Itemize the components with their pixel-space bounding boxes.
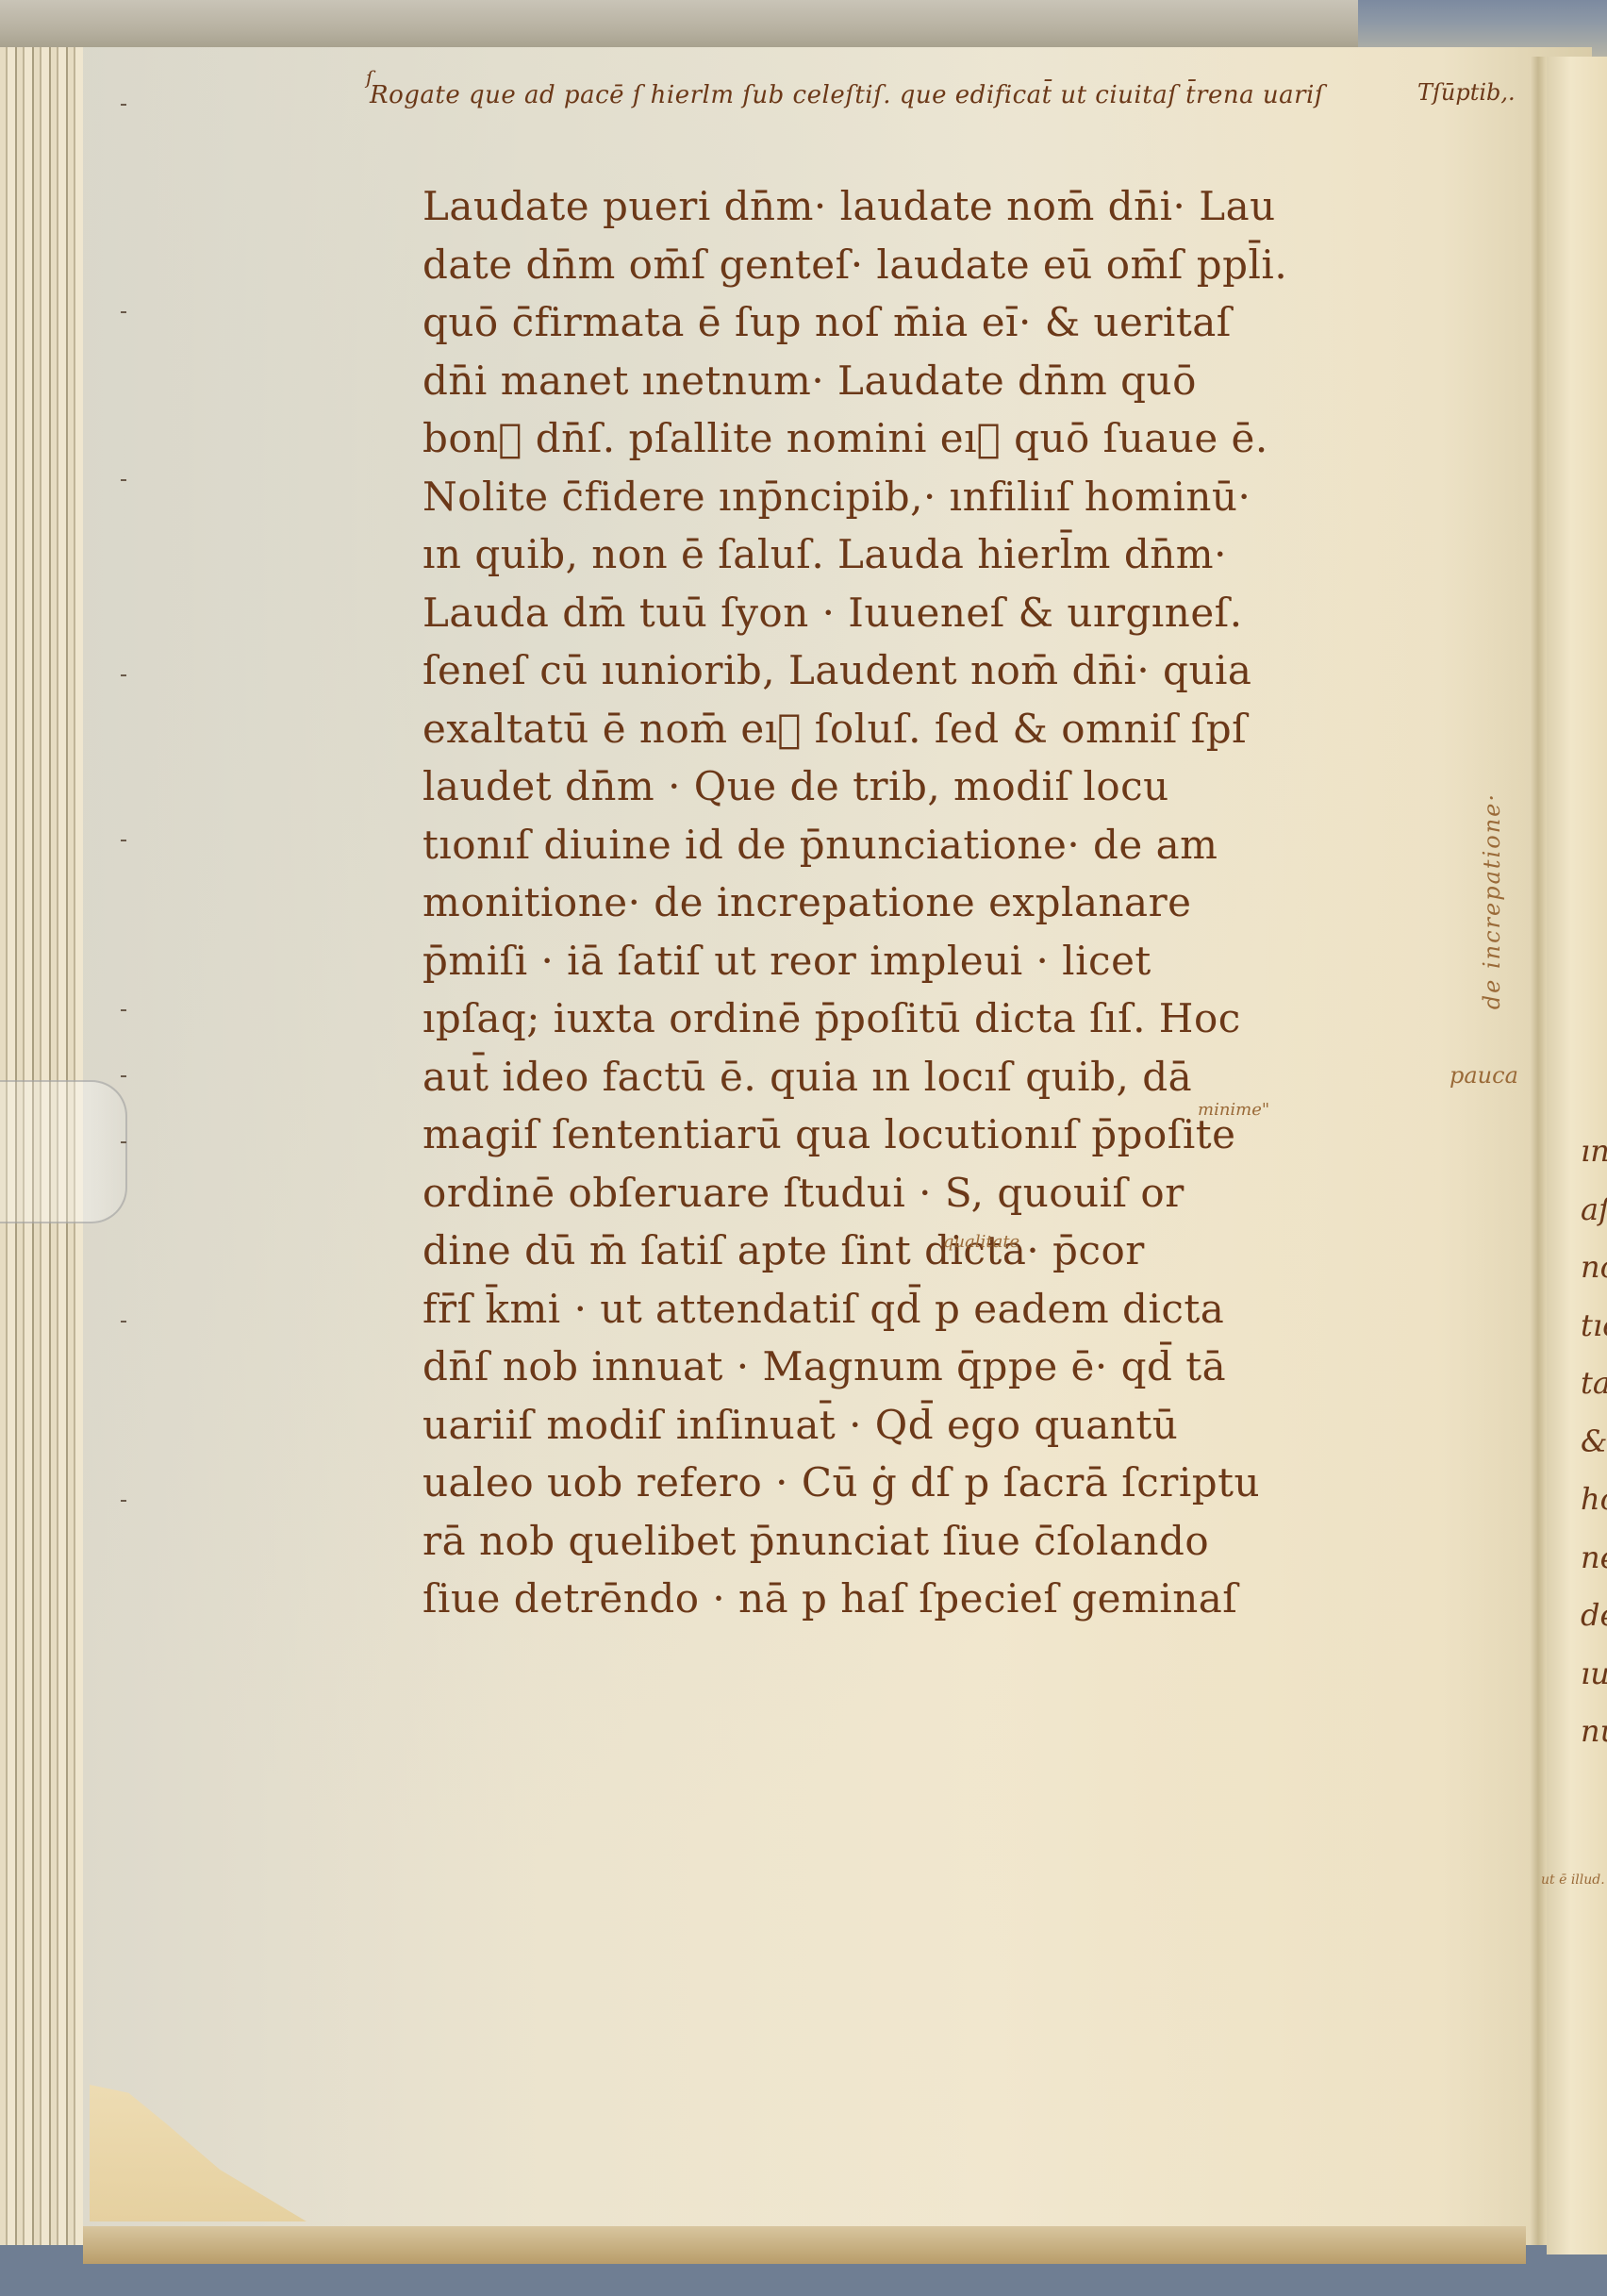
bottom-page-edge [83, 2226, 1526, 2264]
pricking-mark [121, 674, 126, 676]
pricking-mark [121, 1141, 126, 1143]
facing-fragment: ıudıca [1581, 1645, 1607, 1704]
facing-fragment: aſſ [1581, 1181, 1607, 1240]
text-line: ıpſaq; iuxta ordinē p̄poſitū dicta ſıſ. … [422, 990, 1507, 1048]
top-gloss-line: Rogate que ad pacē ſ hierlm ſub celeſtiſ… [370, 81, 1324, 109]
text-line: Lauda dm̄ tuū ſyon · Iuueneſ & uırgıneſ. [422, 584, 1507, 642]
facing-fragment: ta c [1581, 1355, 1607, 1413]
pricking-mark [121, 840, 126, 841]
text-line: dn̄ſ nob innuat · Magnum q̄ppe ē· qd̄ tā [422, 1338, 1507, 1396]
pricking-mark [121, 311, 126, 313]
margin-note-pauca: pauca [1450, 1062, 1518, 1089]
text-line: p̄miſi · iā ſatiſ ut reor impleui · lice… [422, 932, 1507, 990]
interlinear-minime: minime" [1198, 1100, 1269, 1120]
text-line: tıonıſ diuine id de p̄nunciatione· de am [422, 816, 1507, 874]
text-line: exaltatū ē nom̄ eıᷣ ſoluſ. ſed & omniſ ſ… [422, 700, 1507, 758]
text-line: ın quib, non ē ſaluſ. Lauda hierl̄m dn̄m… [422, 525, 1507, 584]
text-line: rā nob quelibet p̄nunciat ſiue c̄ſolando [422, 1512, 1507, 1571]
facing-fragment: & c [1581, 1413, 1607, 1472]
facing-fragment: nem [1581, 1529, 1607, 1588]
text-line: quō c̄firmata ē ſup noſ m̄ia eı̄· & ueri… [422, 293, 1507, 352]
text-line: Laudate pueri dn̄m· laudate nom̄ dn̄i· L… [422, 177, 1507, 236]
facing-fragment: hon [1581, 1471, 1607, 1529]
pricking-mark [121, 1321, 126, 1323]
facing-fragment: ın [1581, 1123, 1607, 1181]
text-line: aut̄ ideo factū ē. quia ın locıſ quib, d… [422, 1048, 1507, 1106]
facing-page-footnote: ut ē illud. ut g [1541, 1872, 1607, 1888]
text-line: uariiſ modiſ inſinuat̄ · Qd̄ ego quantū [422, 1396, 1507, 1455]
gutter-fold [1530, 57, 1547, 2245]
text-line: Nolite c̄fidere ınp̄ncipib,· ınfiliıſ ho… [422, 468, 1507, 526]
margin-note-vertical: de increpatione· [1479, 792, 1505, 1009]
upper-board-edge [0, 0, 1358, 47]
pricking-mark [121, 1500, 126, 1502]
pricking-mark [121, 1009, 126, 1011]
pricking-mark [121, 479, 126, 481]
pricking-mark [121, 1075, 126, 1077]
main-text-block: Laudate pueri dn̄m· laudate nom̄ dn̄i· L… [422, 177, 1507, 1628]
text-line: monitione· de increpatione explanare [422, 873, 1507, 932]
text-line: ſiue detrēndo · nā p haſ ſpecieſ geminaſ [422, 1570, 1507, 1628]
facing-fragment: nullate [1581, 1703, 1607, 1761]
text-line: bonᷣ dn̄ſ. pſallite nomini eıᷣ quō ſuaue… [422, 409, 1507, 468]
text-line: magiſ ſententiarū qua locutionıſ p̄poſit… [422, 1106, 1507, 1164]
text-line: fr̄ſ k̄mi · ut attendatiſ qd̄ p eadem di… [422, 1280, 1507, 1339]
facing-fragment: dem [1581, 1587, 1607, 1645]
text-line: ualeo uob refero · Cū ġ dſ p ſacrā ſcrip… [422, 1454, 1507, 1512]
text-line: ſeneſ cū ıuniorib, Laudent nom̄ dn̄i· qu… [422, 641, 1507, 700]
facing-fragment: nom [1581, 1239, 1607, 1297]
text-line: ordinē obſeruare ſtudui · S, quouiſ or [422, 1164, 1507, 1223]
page-clip [0, 1080, 127, 1223]
facing-page-text: ın aſſ nom tıon ta c & c hon nem dem ıud… [1581, 1123, 1607, 1761]
pricking-mark [121, 104, 126, 106]
interlinear-qualitate: qualitate [943, 1232, 1019, 1252]
top-right-note: Tſūptib,. [1417, 79, 1516, 106]
facing-fragment: tıon [1581, 1297, 1607, 1356]
text-line: dn̄i manet ınetnum· Laudate dn̄m quō [422, 352, 1507, 410]
text-line: date dn̄m om̄ſ genteſ· laudate eū om̄ſ p… [422, 236, 1507, 294]
text-line: laudet dn̄m · Que de trib, modiſ locu [422, 757, 1507, 816]
